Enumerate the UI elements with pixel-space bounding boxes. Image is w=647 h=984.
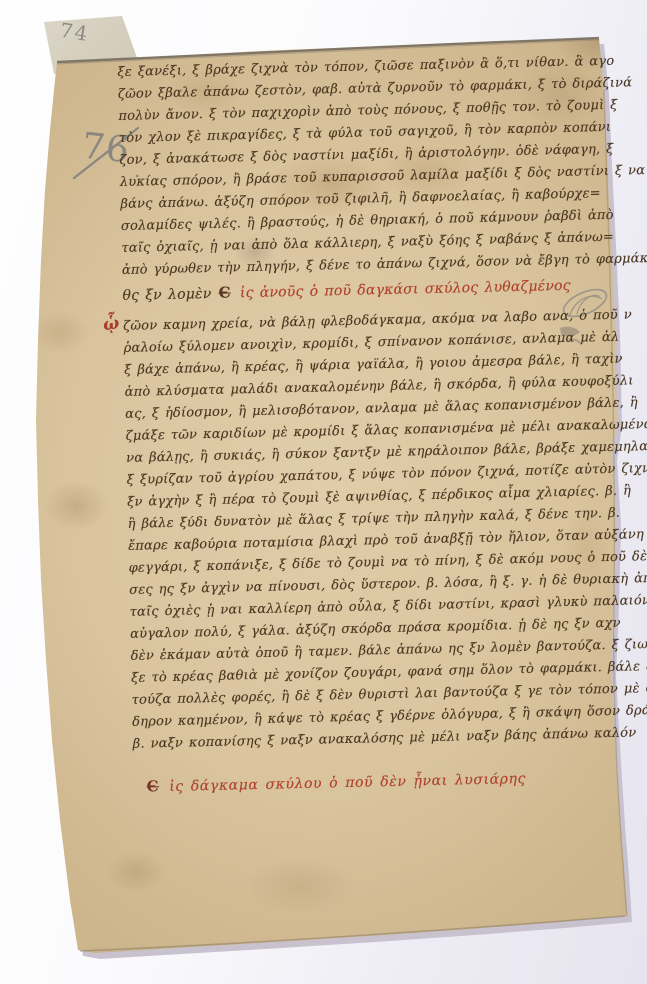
paragraph-cross-mark: Є	[145, 777, 162, 795]
heading-red-text: ἰς ἀνοῦς ὁ ποῦ δαγκάσι σκύλος λυθαζμένος	[240, 278, 571, 302]
heading-prefix: θς ξν λομὲν	[122, 286, 211, 304]
bottom-edge-line	[80, 916, 625, 951]
paragraph-cross-mark: Є	[217, 283, 234, 301]
red-marginal-initial: ᾧ	[102, 313, 121, 335]
chapter-heading-nonrabid-dog: Є ἰς δάγκαμα σκύλου ὁ ποῦ δὲν ᾖναι λυσιά…	[145, 769, 526, 796]
heading-red-text: ἰς δάγκαμα σκύλου ὁ ποῦ δὲν ᾖναι λυσιάρη…	[169, 771, 526, 795]
text-block: ξε ξανέξι, ξ βράχε ζιχνὰ τὸν τόπον, ζιῶσ…	[117, 43, 620, 814]
